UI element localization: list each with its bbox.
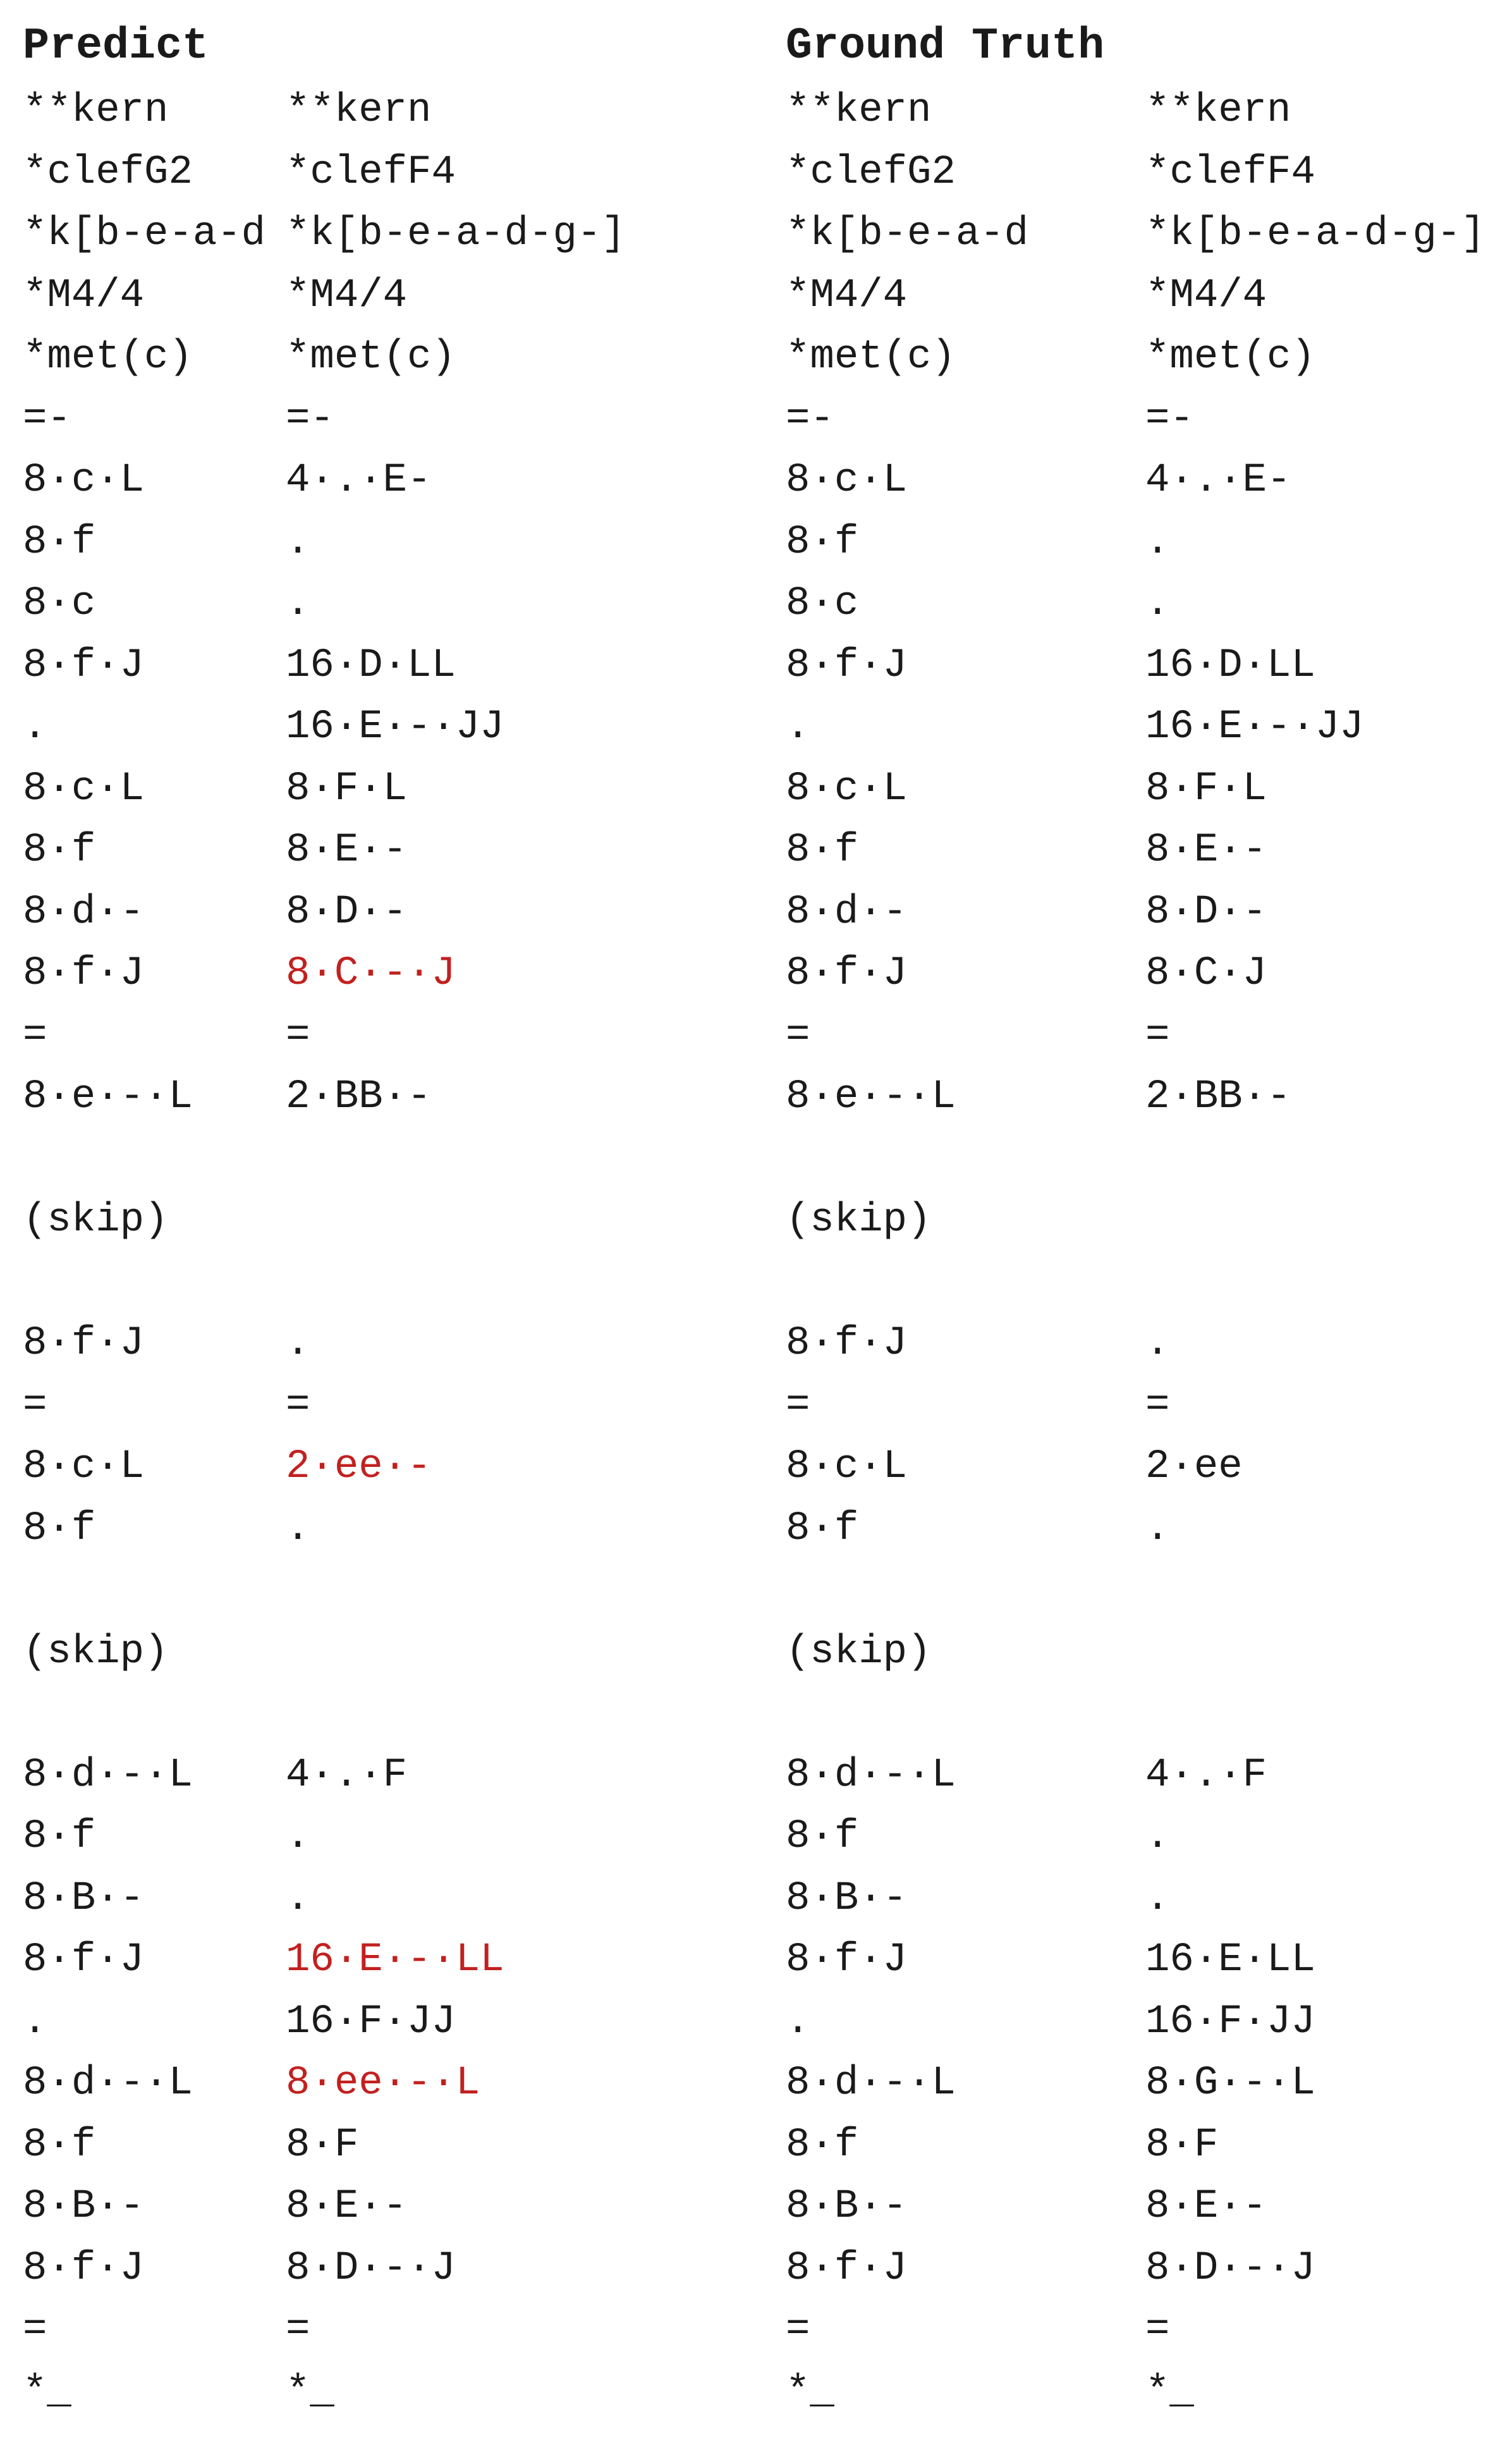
kern-line: *met(c)*met(c)	[786, 327, 1506, 389]
voice2-token: 4·.·E-	[286, 450, 431, 512]
voice2-token: .	[286, 512, 310, 574]
voice1-token: *met(c)	[786, 327, 956, 389]
voice1-token: 8·c·L	[23, 759, 144, 821]
kern-line: 8·f.	[786, 512, 1506, 574]
kern-line: 8·f·J16·E·LL	[786, 1930, 1506, 1992]
voice1-token: 8·f·J	[786, 1930, 907, 1992]
voice2-token: *clefF4	[1145, 142, 1315, 204]
voice1-token: 8·f	[786, 1806, 858, 1868]
voice1-token: **kern	[786, 80, 931, 142]
voice2-token: .	[286, 573, 310, 635]
voice2-token: *met(c)	[286, 327, 456, 389]
voice1-token: *clefG2	[786, 142, 956, 204]
voice2-token: 16·D·LL	[1145, 635, 1315, 697]
voice1-token: =-	[786, 389, 834, 451]
voice1-token: 8·f	[786, 1498, 858, 1560]
voice2-token: .	[286, 1313, 310, 1375]
kern-line: 8·c·L4·.·E-	[23, 450, 743, 512]
voice2-token: 8·E·-	[286, 2176, 407, 2238]
voice2-token: 8·F·L	[286, 759, 407, 821]
kern-line: 8·f.	[23, 1806, 743, 1868]
voice2-token: .	[286, 1498, 310, 1560]
voice2-token: 8·F	[1145, 2115, 1218, 2177]
blank-line	[23, 1560, 743, 1622]
voice1-token: 8·d·-·L	[23, 2053, 193, 2115]
kern-line: 8·f·J16·D·LL	[23, 635, 743, 697]
kern-line: *clefG2*clefF4	[786, 142, 1506, 204]
kern-line: ==	[786, 1005, 1506, 1067]
voice2-token: .	[1145, 1498, 1169, 1560]
predict-title: Predict	[23, 15, 209, 78]
voice1-token: 8·B·-	[786, 2176, 907, 2238]
kern-line: *met(c)*met(c)	[23, 327, 743, 389]
blank-line	[23, 1252, 743, 1314]
kern-line: 8·B·-.	[23, 1868, 743, 1930]
voice1-token: (skip)	[786, 1622, 931, 1684]
voice2-token: *k[b-e-a-d-g-]	[1145, 204, 1485, 266]
voice2-token: **kern	[286, 80, 431, 142]
voice1-token: 8·f·J	[786, 635, 907, 697]
kern-line: ==	[23, 1375, 743, 1437]
kern-line: 8·d·-·L4·.·F	[786, 1745, 1506, 1807]
kern-line: 8·c.	[786, 573, 1506, 635]
blank-line	[23, 1683, 743, 1745]
voice1-token: 8·f	[786, 512, 858, 574]
kern-line: 8·f8·F	[23, 2115, 743, 2177]
voice2-token: 4·.·F	[1145, 1745, 1267, 1807]
voice2-token: 8·E·-	[286, 820, 407, 882]
kern-line: 8·c·L8·F·L	[786, 759, 1506, 821]
kern-line: 8·e·-·L2·BB·-	[786, 1067, 1506, 1129]
voice1-token: **kern	[23, 80, 168, 142]
voice2-token: 4·.·F	[286, 1745, 407, 1807]
voice2-token: 16·D·LL	[286, 635, 456, 697]
voice2-token: 8·D·-	[286, 882, 407, 944]
voice2-token: 8·D·-	[1145, 882, 1267, 944]
blank-line	[786, 1252, 1506, 1314]
voice2-token: =	[1145, 2300, 1169, 2362]
voice1-token: (skip)	[23, 1622, 168, 1684]
voice2-token: *_	[1145, 2362, 1194, 2424]
voice1-token: 8·d·-·L	[23, 1745, 193, 1807]
ground-truth-title: Ground Truth	[786, 15, 1104, 78]
kern-line: 8·f·J16·E·-·LL	[23, 1930, 743, 1992]
voice1-token: =	[23, 2300, 47, 2362]
kern-line: 8·f·J16·D·LL	[786, 635, 1506, 697]
voice2-token: =	[286, 2300, 310, 2362]
kern-line: 8·f.	[23, 1498, 743, 1560]
voice1-token: 8·d·-·L	[786, 1745, 956, 1807]
kern-line: 8·f·J8·D·-·J	[23, 2238, 743, 2300]
kern-line: 8·B·-8·E·-	[23, 2176, 743, 2238]
kern-line: 8·f·J.	[786, 1313, 1506, 1375]
kern-line: 8·f.	[786, 1806, 1506, 1868]
kern-line: **kern**kern	[786, 80, 1506, 142]
voice2-token-error: 16·E·-·LL	[286, 1930, 504, 1992]
kern-line: 8·B·-.	[786, 1868, 1506, 1930]
voice1-token: 8·f·J	[23, 635, 144, 697]
ground-truth-kern-lines: **kern**kern*clefG2*clefF4*k[b-e-a-d*k[b…	[786, 80, 1506, 2423]
voice2-token: .	[1145, 512, 1169, 574]
voice2-token: =	[1145, 1005, 1169, 1067]
voice2-token: .	[1145, 1806, 1169, 1868]
voice2-token: 8·F·L	[1145, 759, 1267, 821]
voice1-token: 8·f·J	[786, 1313, 907, 1375]
kern-line: 8·c.	[23, 573, 743, 635]
voice1-token: 8·f	[23, 512, 95, 574]
voice2-token: =-	[286, 389, 334, 451]
voice2-token: 8·E·-	[1145, 2176, 1267, 2238]
kern-line: 8·c·L8·F·L	[23, 759, 743, 821]
kern-line: 8·d·-·L8·ee·-·L	[23, 2053, 743, 2115]
skip-line: (skip)	[23, 1190, 743, 1252]
voice1-token: (skip)	[23, 1190, 168, 1252]
blank-line	[786, 1560, 1506, 1622]
blank-line	[786, 1129, 1506, 1191]
kern-line: .16·E·-·JJ	[23, 697, 743, 759]
voice1-token: 8·f·J	[23, 1930, 144, 1992]
voice2-token: 8·F	[286, 2115, 358, 2177]
voice1-token: 8·B·-	[786, 1868, 907, 1930]
kern-line: 8·d·-·L4·.·F	[23, 1745, 743, 1807]
voice2-token: *k[b-e-a-d-g-]	[286, 204, 626, 266]
voice1-token: 8·f·J	[23, 2238, 144, 2300]
voice2-token: =	[286, 1375, 310, 1437]
voice1-token: 8·c	[786, 573, 858, 635]
kern-line: *clefG2*clefF4	[23, 142, 743, 204]
voice1-token: 8·B·-	[23, 1868, 144, 1930]
voice2-token: 8·D·-·J	[1145, 2238, 1315, 2300]
voice1-token: 8·e·-·L	[786, 1067, 956, 1129]
voice1-token: 8·d·-	[23, 882, 144, 944]
kern-line: 8·f.	[786, 1498, 1506, 1560]
kern-line: 8·c·L4·.·E-	[786, 450, 1506, 512]
voice1-token: 8·B·-	[23, 2176, 144, 2238]
kern-line: *k[b-e-a-d*k[b-e-a-d-g-]	[23, 204, 743, 266]
voice1-token: *_	[786, 2362, 834, 2424]
kern-line: 8·f8·E·-	[23, 820, 743, 882]
voice1-token: .	[23, 1992, 47, 2054]
voice2-token: .	[286, 1868, 310, 1930]
voice2-token: 8·D·-·J	[286, 2238, 456, 2300]
voice2-token: .	[1145, 573, 1169, 635]
kern-line: .16·E·-·JJ	[786, 697, 1506, 759]
voice1-token: 8·f·J	[786, 943, 907, 1005]
kern-line: 8·f·J.	[23, 1313, 743, 1375]
kern-line: *_*_	[786, 2362, 1506, 2424]
kern-line: ==	[23, 1005, 743, 1067]
voice2-token: *M4/4	[1145, 266, 1267, 328]
voice2-token: 16·E·LL	[1145, 1930, 1315, 1992]
voice1-token: 8·f	[786, 2115, 858, 2177]
voice1-token: 8·f·J	[23, 1313, 144, 1375]
kern-line: 8·B·-8·E·-	[786, 2176, 1506, 2238]
voice1-token: 8·c	[23, 573, 95, 635]
voice1-token: *k[b-e-a-d	[786, 204, 1028, 266]
kern-line: 8·d·-8·D·-	[786, 882, 1506, 944]
kern-line: =-=-	[786, 389, 1506, 451]
voice2-token: .	[1145, 1868, 1169, 1930]
voice2-token-error: 8·ee·-·L	[286, 2053, 480, 2115]
kern-line: 8·c·L2·ee·-	[23, 1437, 743, 1498]
voice1-token: =	[23, 1375, 47, 1437]
voice1-token: 8·f	[23, 1498, 95, 1560]
kern-line: 8·f.	[23, 512, 743, 574]
kern-line: 8·d·-8·D·-	[23, 882, 743, 944]
voice2-token: *_	[286, 2362, 334, 2424]
blank-line	[23, 1129, 743, 1191]
voice2-token: =	[1145, 1375, 1169, 1437]
skip-line: (skip)	[23, 1622, 743, 1684]
voice2-token: =-	[1145, 389, 1194, 451]
voice1-token: =	[23, 1005, 47, 1067]
kern-line: =-=-	[23, 389, 743, 451]
predict-kern-lines: **kern**kern*clefG2*clefF4*k[b-e-a-d*k[b…	[23, 80, 743, 2423]
kern-line: *_*_	[23, 2362, 743, 2424]
voice2-token: 2·BB·-	[286, 1067, 431, 1129]
voice1-token: 8·d·-	[786, 882, 907, 944]
kern-line: *M4/4*M4/4	[23, 266, 743, 328]
voice1-token: 8·f	[23, 820, 95, 882]
blank-line	[786, 1683, 1506, 1745]
voice1-token: =-	[23, 389, 71, 451]
voice1-token: *clefG2	[23, 142, 193, 204]
voice2-token: 4·.·E-	[1145, 450, 1291, 512]
voice2-token: 8·C·J	[1145, 943, 1267, 1005]
voice1-token: =	[786, 2300, 810, 2362]
voice1-token: 8·c·L	[23, 1437, 144, 1498]
voice2-token: *M4/4	[286, 266, 407, 328]
voice2-token: .	[1145, 1313, 1169, 1375]
voice2-token-error: 8·C·-·J	[286, 943, 456, 1005]
voice1-token: *M4/4	[786, 266, 907, 328]
voice1-token: *met(c)	[23, 327, 193, 389]
voice1-token: 8·c·L	[786, 450, 907, 512]
kern-line: 8·f8·E·-	[786, 820, 1506, 882]
kern-line: 8·c·L2·ee	[786, 1437, 1506, 1498]
voice2-token-error: 2·ee·-	[286, 1437, 431, 1498]
voice1-token: 8·f	[23, 1806, 95, 1868]
voice2-token: 8·E·-	[1145, 820, 1267, 882]
voice1-token: .	[786, 1992, 810, 2054]
kern-line: ==	[786, 1375, 1506, 1437]
skip-line: (skip)	[786, 1622, 1506, 1684]
voice2-token: .	[286, 1806, 310, 1868]
voice2-token: 2·BB·-	[1145, 1067, 1291, 1129]
kern-line: ==	[23, 2300, 743, 2362]
kern-line: 8·f·J8·C·J	[786, 943, 1506, 1005]
skip-line: (skip)	[786, 1190, 1506, 1252]
voice2-token: 8·G·-·L	[1145, 2053, 1315, 2115]
kern-line: **kern**kern	[23, 80, 743, 142]
voice1-token: 8·c·L	[786, 1437, 907, 1498]
kern-line: 8·f·J8·C·-·J	[23, 943, 743, 1005]
voice1-token: *M4/4	[23, 266, 144, 328]
kern-line: 8·f·J8·D·-·J	[786, 2238, 1506, 2300]
kern-line: ==	[786, 2300, 1506, 2362]
voice1-token: =	[786, 1375, 810, 1437]
kern-line: *M4/4*M4/4	[786, 266, 1506, 328]
voice1-token: 8·f·J	[23, 943, 144, 1005]
voice2-token: 16·F·JJ	[286, 1992, 456, 2054]
voice1-token: 8·c·L	[786, 759, 907, 821]
voice1-token: .	[23, 697, 47, 759]
voice1-token: 8·c·L	[23, 450, 144, 512]
voice1-token: 8·d·-·L	[786, 2053, 956, 2115]
voice1-token: (skip)	[786, 1190, 931, 1252]
voice1-token: *_	[23, 2362, 71, 2424]
kern-line: .16·F·JJ	[23, 1992, 743, 2054]
voice2-token: 2·ee	[1145, 1437, 1243, 1498]
voice1-token: .	[786, 697, 810, 759]
voice2-token: 16·E·-·JJ	[1145, 697, 1364, 759]
kern-line: 8·f8·F	[786, 2115, 1506, 2177]
kern-line: 8·d·-·L8·G·-·L	[786, 2053, 1506, 2115]
voice2-token: 16·F·JJ	[1145, 1992, 1315, 2054]
voice1-token: 8·e·-·L	[23, 1067, 193, 1129]
voice2-token: =	[286, 1005, 310, 1067]
kern-line: 8·e·-·L2·BB·-	[23, 1067, 743, 1129]
voice1-token: =	[786, 1005, 810, 1067]
kern-line: .16·F·JJ	[786, 1992, 1506, 2054]
voice2-token: *clefF4	[286, 142, 456, 204]
voice1-token: 8·f	[23, 2115, 95, 2177]
voice2-token: *met(c)	[1145, 327, 1315, 389]
voice1-token: 8·f	[786, 820, 858, 882]
kern-line: *k[b-e-a-d*k[b-e-a-d-g-]	[786, 204, 1506, 266]
voice1-token: *k[b-e-a-d	[23, 204, 265, 266]
voice2-token: 16·E·-·JJ	[286, 697, 504, 759]
voice1-token: 8·f·J	[786, 2238, 907, 2300]
voice2-token: **kern	[1145, 80, 1291, 142]
